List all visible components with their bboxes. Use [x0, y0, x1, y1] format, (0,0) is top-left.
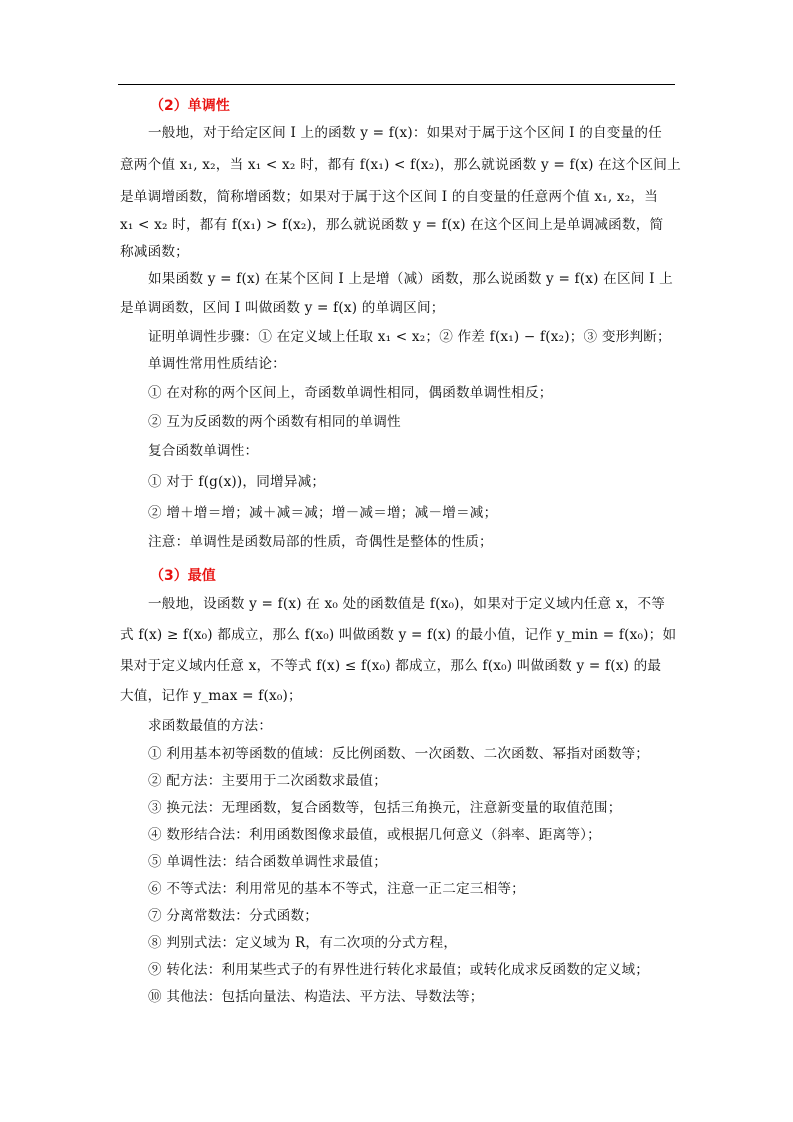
paragraph-line: 是单调函数，区间 I 叫做函数 y = f(x) 的单调区间；	[120, 298, 680, 318]
proof-steps: 证明单调性步骤：① 在定义域上任取 x₁ < x₂；② 作差 f(x₁) − f…	[148, 327, 708, 347]
note-line: 注意：单调性是函数局部的性质，奇偶性是整体的性质；	[148, 532, 708, 552]
method-item: ⑨ 转化法：利用某些式子的有界性进行转化求最值；或转化成求反函数的定义域；	[148, 960, 708, 980]
paragraph-line: 意两个值 x₁, x₂，当 x₁ < x₂ 时，都有 f(x₁) < f(x₂)…	[120, 155, 680, 175]
method-item: ① 利用基本初等函数的值域：反比例函数、一次函数、二次函数、幂指对函数等；	[148, 744, 708, 764]
method-item: ⑩ 其他法：包括向量法、构造法、平方法、导数法等；	[148, 987, 708, 1007]
paragraph-line: 如果函数 y = f(x) 在某个区间 I 上是增（减）函数，那么说函数 y =…	[148, 269, 708, 289]
methods-title: 求函数最值的方法：	[148, 716, 708, 736]
paragraph-line: 是单调增函数，简称增函数；如果对于属于这个区间 I 的自变量的任意两个值 x₁,…	[120, 187, 680, 207]
method-item: ⑦ 分离常数法：分式函数；	[148, 906, 708, 926]
properties-title: 单调性常用性质结论：	[148, 354, 708, 374]
method-item: ② 配方法：主要用于二次函数求最值；	[148, 771, 708, 791]
paragraph-line: 果对于定义域内任意 x，不等式 f(x) ≤ f(x₀) 都成立，那么 f(x₀…	[120, 656, 680, 676]
composite-title: 复合函数单调性：	[148, 441, 708, 461]
property-item: ② 互为反函数的两个函数有相同的单调性	[148, 412, 708, 432]
paragraph-line: 称减函数；	[120, 242, 680, 262]
method-item: ⑥ 不等式法：利用常见的基本不等式，注意一正二定三相等；	[148, 879, 708, 899]
section-heading-extrema: （3）最值	[150, 565, 216, 585]
property-item: ① 在对称的两个区间上，奇函数单调性相同，偶函数单调性相反；	[148, 383, 708, 403]
paragraph-line: 式 f(x) ≥ f(x₀) 都成立，那么 f(x₀) 叫做函数 y = f(x…	[120, 625, 680, 645]
paragraph-line: x₁ < x₂ 时，都有 f(x₁) > f(x₂)，那么就说函数 y = f(…	[120, 215, 680, 235]
method-item: ③ 换元法：无理函数，复合函数等，包括三角换元，注意新变量的取值范围；	[148, 798, 708, 818]
paragraph-line: 一般地，设函数 y = f(x) 在 x₀ 处的函数值是 f(x₀)，如果对于定…	[148, 594, 708, 614]
paragraph-line: 大值，记作 y_max = f(x₀)；	[120, 686, 680, 706]
composite-item: ② 增＋增＝增；减＋减＝减；增－减＝增；减－增＝减；	[148, 503, 708, 523]
method-item: ⑧ 判别式法：定义域为 R，有二次项的分式方程，	[148, 933, 708, 953]
paragraph-line: 一般地，对于给定区间 I 上的函数 y = f(x)：如果对于属于这个区间 I …	[148, 123, 708, 143]
method-item: ⑤ 单调性法：结合函数单调性求最值；	[148, 852, 708, 872]
section-heading-monotonicity: （2）单调性	[150, 95, 230, 115]
method-item: ④ 数形结合法：利用函数图像求最值，或根据几何意义（斜率、距离等）；	[148, 825, 708, 845]
header-rule	[118, 84, 675, 85]
composite-item: ① 对于 f(g(x))，同增异减；	[148, 472, 708, 492]
